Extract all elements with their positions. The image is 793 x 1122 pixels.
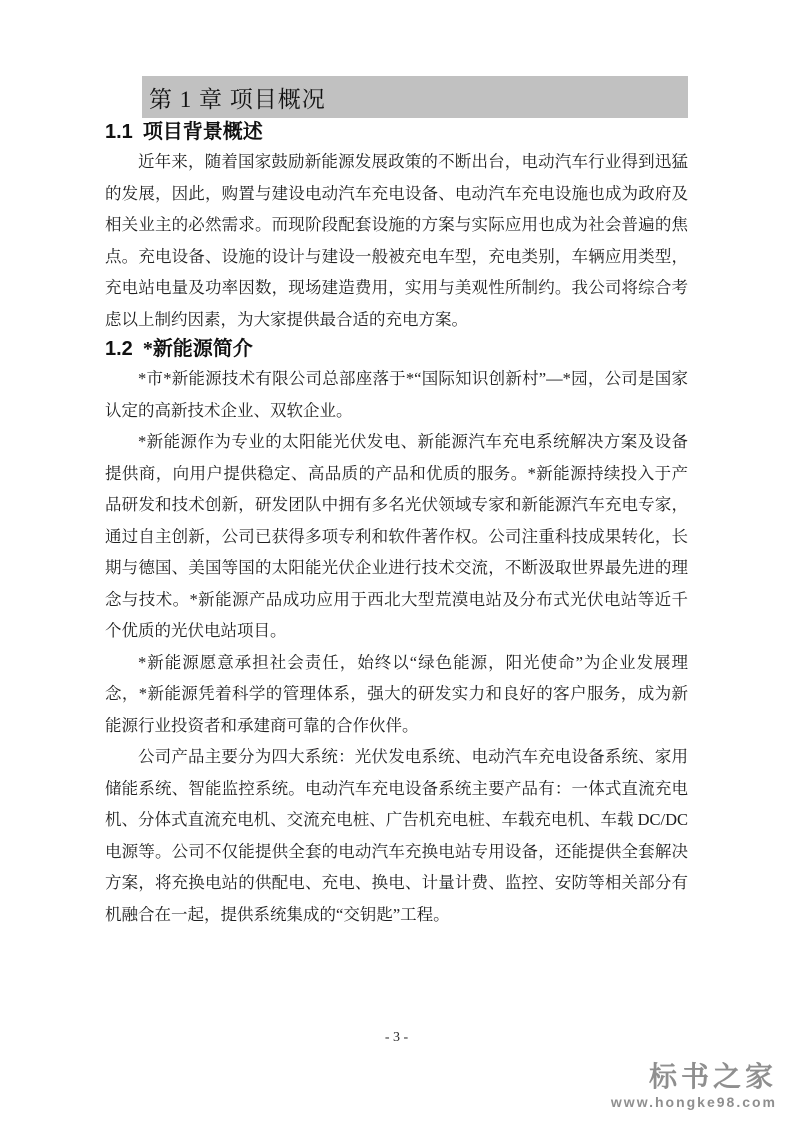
section-title: *新能源简介 (143, 338, 253, 360)
section-title: 项目背景概述 (143, 121, 263, 143)
section-number: 1.1 (105, 121, 133, 143)
document-page: 第 1 章 项目概况 1.1项目背景概述 近年来，随着国家鼓励新能源发展政策的不… (0, 0, 793, 1122)
section-project-background: 1.1项目背景概述 近年来，随着国家鼓励新能源发展政策的不断出台，电动汽车行业得… (105, 118, 688, 335)
section-heading-1-1: 1.1项目背景概述 (105, 118, 688, 146)
page-number: - 3 - (0, 1030, 793, 1046)
paragraph: 公司产品主要分为四大系统：光伏发电系统、电动汽车充电设备系统、家用储能系统、智能… (105, 741, 688, 930)
section-heading-1-2: 1.2*新能源简介 (105, 335, 688, 363)
watermark: 标书之家 www.hongke98.com (611, 1062, 777, 1110)
document-content: 第 1 章 项目概况 1.1项目背景概述 近年来，随着国家鼓励新能源发展政策的不… (105, 0, 688, 930)
section-number: 1.2 (105, 338, 133, 360)
section-new-energy-intro: 1.2*新能源简介 *市*新能源技术有限公司总部座落于*“国际知识创新村”—*园… (105, 335, 688, 930)
paragraph: 近年来，随着国家鼓励新能源发展政策的不断出台，电动汽车行业得到迅猛的发展，因此，… (105, 146, 688, 335)
chapter-title: 第 1 章 项目概况 (149, 81, 326, 114)
paragraph: *市*新能源技术有限公司总部座落于*“国际知识创新村”—*园，公司是国家认定的高… (105, 363, 688, 426)
watermark-url: www.hongke98.com (611, 1095, 777, 1110)
paragraph: *新能源作为专业的太阳能光伏发电、新能源汽车充电系统解决方案及设备提供商，向用户… (105, 426, 688, 647)
chapter-heading-bar: 第 1 章 项目概况 (142, 76, 688, 118)
watermark-logo-text: 标书之家 (611, 1062, 777, 1093)
paragraph: *新能源愿意承担社会责任，始终以“绿色能源，阳光使命”为企业发展理念，*新能源凭… (105, 647, 688, 742)
